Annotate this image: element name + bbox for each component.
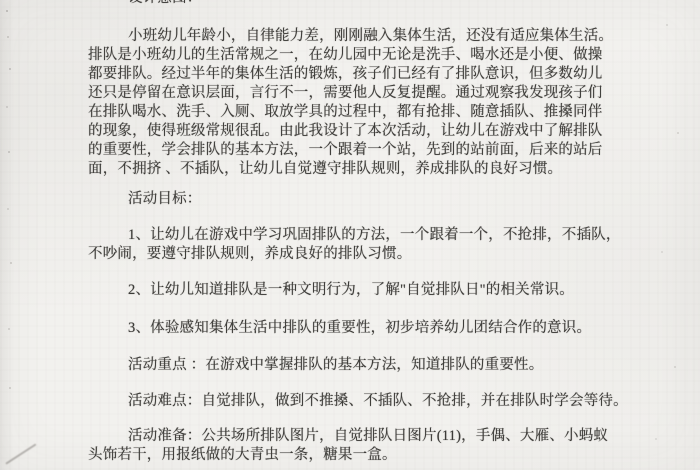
intro-line: 都要排队。经过半年的集体生活的锻炼，孩子们已经有了排队意识，但多数幼儿: [88, 65, 603, 84]
intro-line: 的现象，使得班级常规很乱。由此我设计了本次活动，让幼儿在游戏中了解排队: [88, 122, 603, 141]
goal-item-2: 2、让幼儿知道排队是一种文明行为，了解"自觉排队日"的相关常识。: [128, 281, 574, 300]
scan-artifact-mark: [5, 443, 36, 465]
goal-item-3: 3、体验感知集体生活中排队的重要性，初步培养幼儿团结合作的意识。: [128, 319, 591, 338]
section-heading-clipped: 设计意图：: [128, 0, 202, 8]
scan-noise-speckles: [6, 10, 8, 12]
goal-item-1-line: 不吵闹，要遵守排队规则，养成良好的排队习惯。: [88, 245, 411, 264]
preparation-line: 头饰若干，用报纸做的大青虫一条，糖果一盒。: [88, 446, 397, 465]
goal-item-1-line: 1、让幼儿在游戏中学习巩固排队的方法，一个跟着一个，不抢排，不插队，: [128, 226, 621, 245]
intro-line: 面，不拥挤 、不插队，让幼儿自觉遵守排队规则，养成排队的良好习惯。: [88, 160, 562, 179]
intro-line: 在排队喝水、洗手、入厕、取放学具的过程中，都有抢排、随意插队、推搡同伴: [88, 103, 603, 122]
key-point-line: 活动重点 ：在游戏中掌握排队的基本方法，知道排队的重要性。: [128, 356, 543, 375]
goals-heading: 活动目标：: [128, 190, 202, 209]
scanned-document-page: 设计意图： 小班幼儿年龄小，自律能力差，刚刚融入集体生活，还没有适应集体生活。 …: [0, 0, 700, 470]
intro-line: 小班幼儿年龄小，自律能力差，刚刚融入集体生活，还没有适应集体生活。: [128, 27, 613, 46]
intro-line: 的重要性，学会排队的基本方法，一个跟着一个站，先到的站前面，后来的站后: [88, 141, 603, 160]
intro-line: 还只是停留在意识层面，言行不一，需要他人反复提醒。通过观察我发现孩子们: [88, 84, 603, 103]
intro-line: 排队是小班幼儿的生活常规之一，在幼儿园中无论是洗手、喝水还是小便、做操: [88, 46, 603, 65]
difficult-point-line: 活动难点：自觉排队，做到不推搡、不插队、不抢排，并在排队时学会等待。: [128, 392, 628, 411]
preparation-line: 活动准备：公共场所排队图片，自觉排队日图片(11)，手偶、大雁、小蚂蚁: [128, 427, 608, 446]
